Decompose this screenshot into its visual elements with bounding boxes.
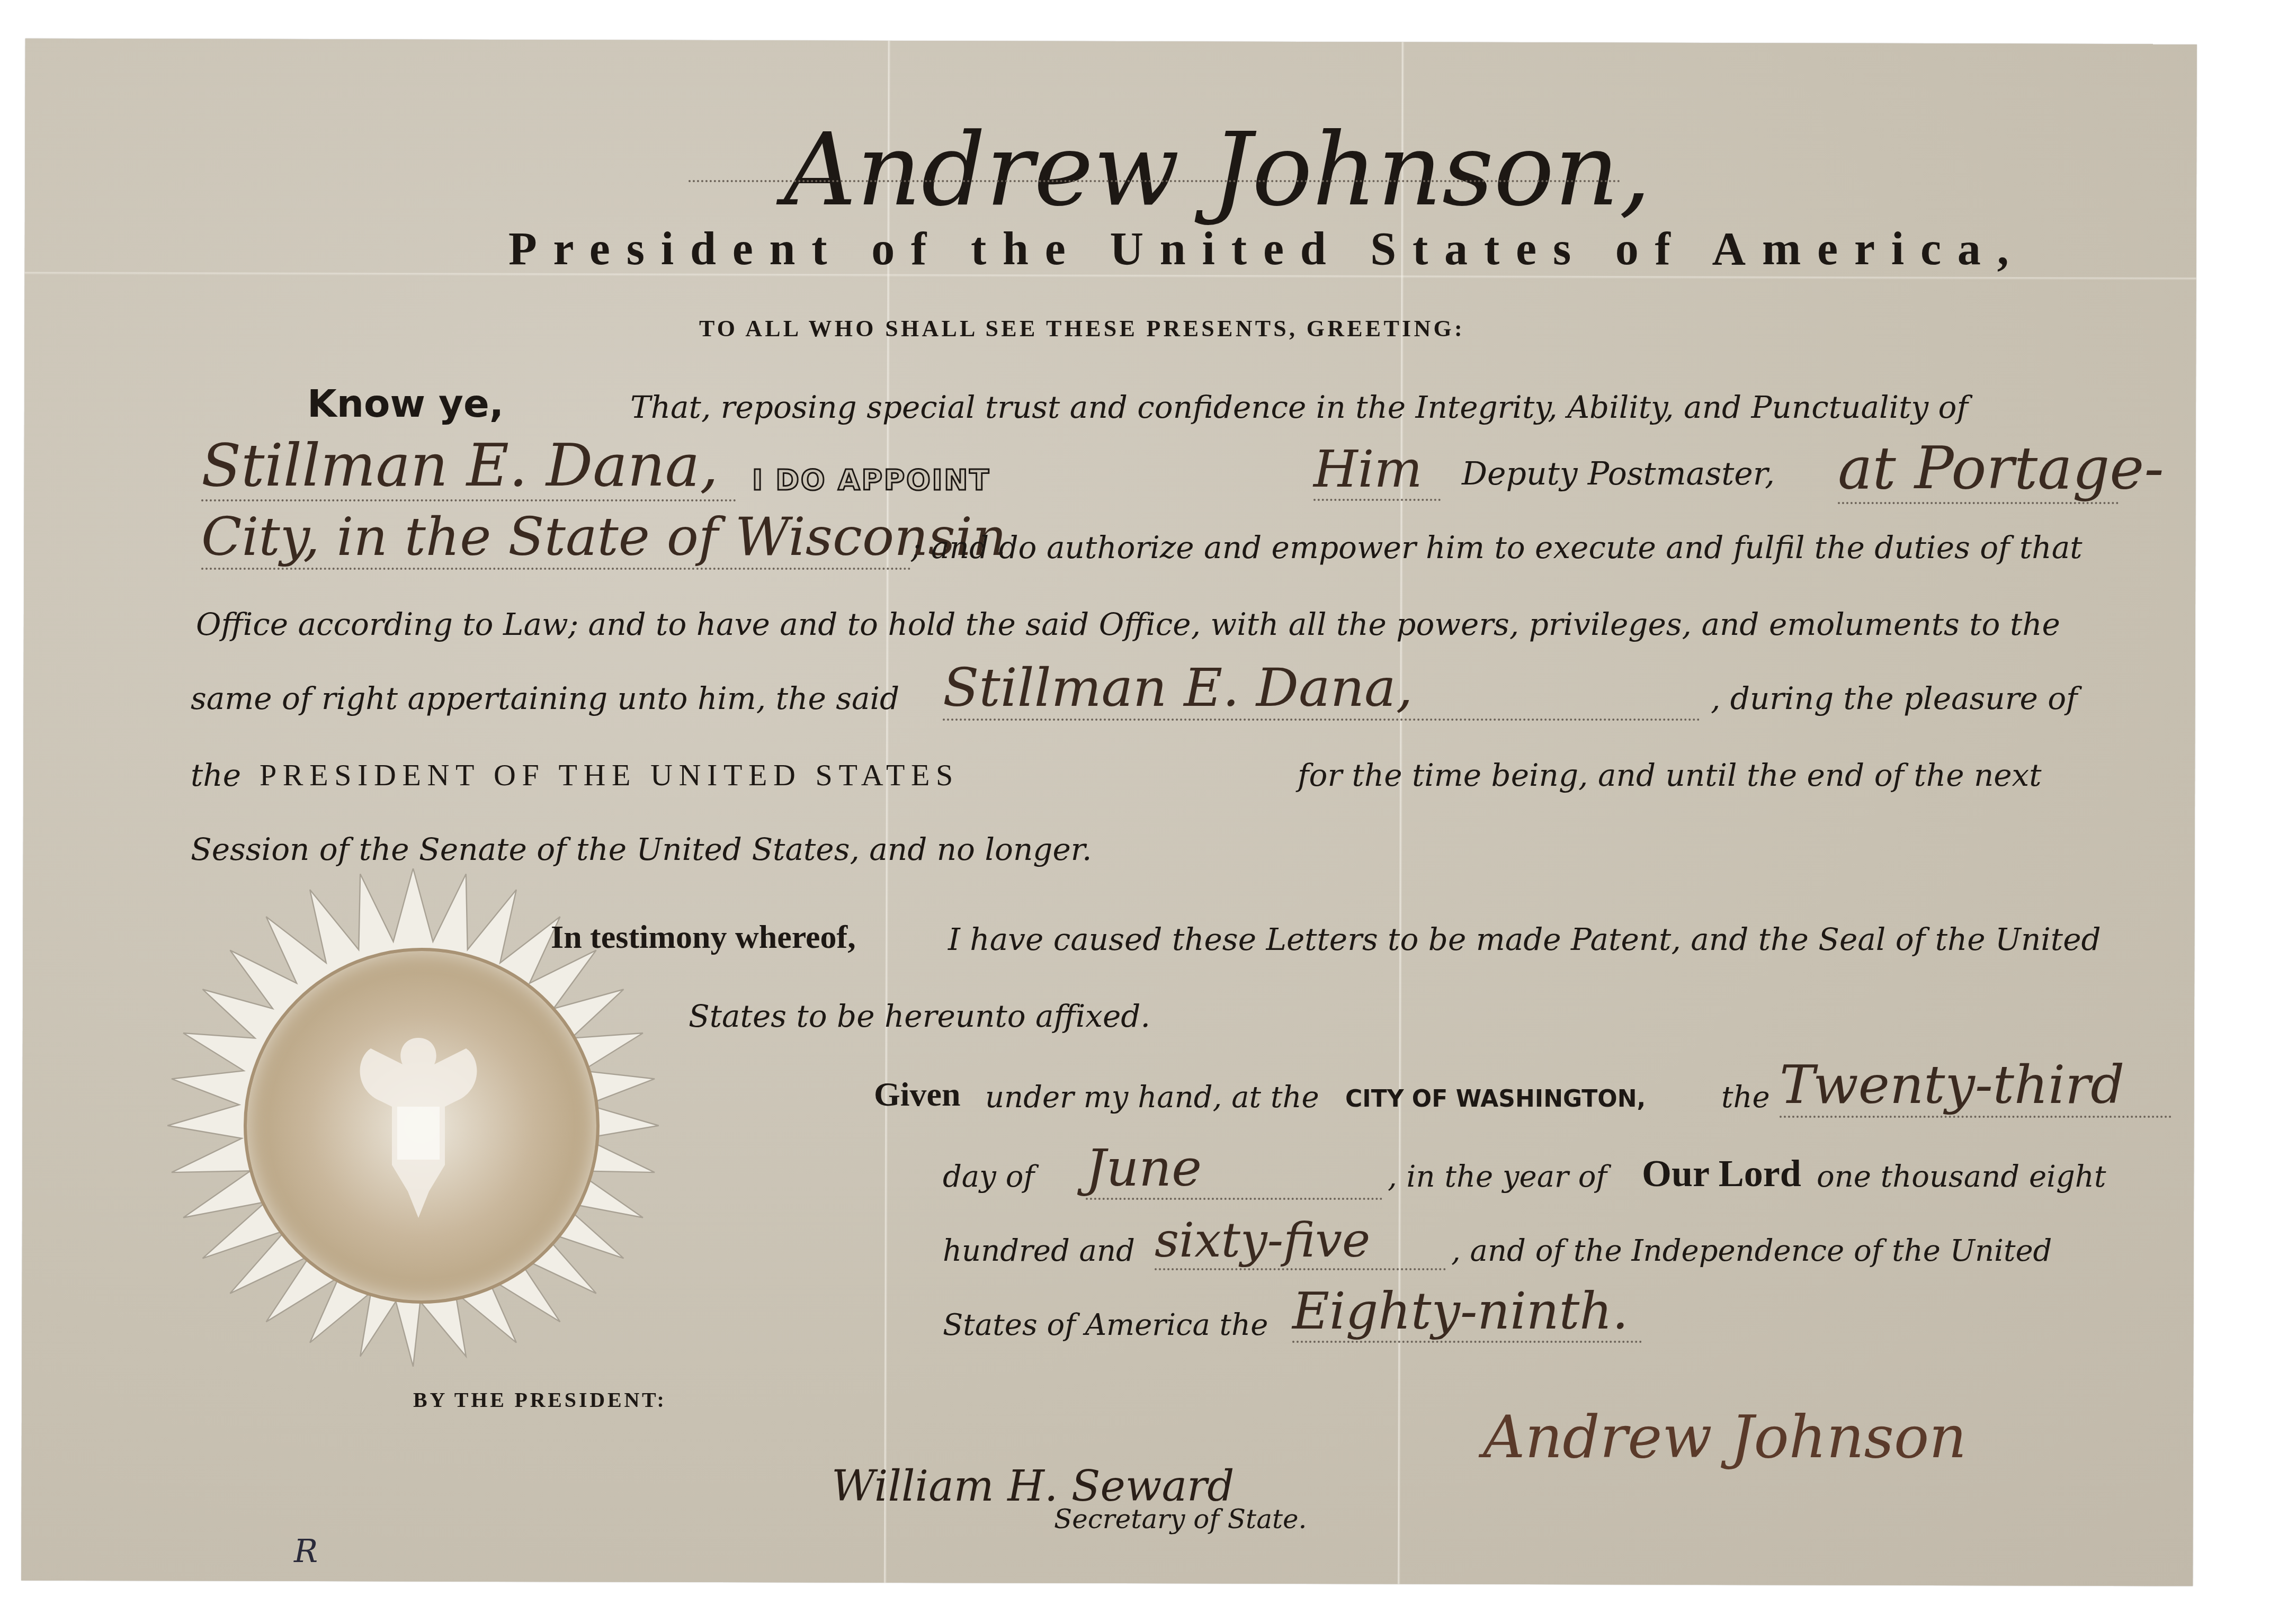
given-line-3-suffix: , and of the Independence of the United bbox=[1451, 1234, 2052, 1268]
location-field-2: City, in the State of Wisconsin bbox=[201, 506, 911, 570]
city-of-washington: CITY OF WASHINGTON, bbox=[1345, 1085, 1646, 1112]
name-underline bbox=[689, 180, 1621, 182]
testimony-lead: In testimony whereof, bbox=[551, 919, 856, 956]
given-line-2-prefix: day of bbox=[943, 1160, 1034, 1194]
appointee-name-repeat-field: Stillman E. Dana, bbox=[943, 657, 1700, 721]
given-line-1-the: the bbox=[1721, 1080, 1770, 1115]
appointee-name-field: Stillman E. Dana, bbox=[201, 432, 736, 501]
position-label: Deputy Postmaster, bbox=[1462, 455, 1775, 492]
by-the-president: BY THE PRESIDENT: bbox=[413, 1387, 667, 1412]
body-line-7: Session of the Senate of the United Stat… bbox=[191, 831, 1092, 867]
our-lord: Our Lord bbox=[1642, 1152, 1801, 1196]
body-line-3: ; and do authorize and empower him to ex… bbox=[911, 530, 2083, 566]
month-field: June bbox=[1086, 1138, 1382, 1200]
president-name-heading: Andrew Johnson, bbox=[784, 111, 1651, 228]
given-lead: Given bbox=[874, 1075, 961, 1114]
body-line-6-prefix: the bbox=[191, 757, 241, 793]
body-line-4: Office according to Law; and to have and… bbox=[196, 606, 2060, 642]
margin-mark: R bbox=[294, 1533, 318, 1570]
president-caps: PRESIDENT OF THE UNITED STATES bbox=[260, 757, 959, 793]
given-line-2-mid: , in the year of bbox=[1388, 1160, 1607, 1194]
given-line-1-mid: under my hand, at the bbox=[985, 1080, 1319, 1115]
given-line-3-prefix: hundred and bbox=[943, 1234, 1135, 1268]
given-line-4-prefix: States of America the bbox=[943, 1308, 1268, 1342]
given-line-2-suffix: one thousand eight bbox=[1817, 1160, 2106, 1194]
president-signature: Andrew Johnson bbox=[1483, 1403, 1967, 1471]
title-line: President of the United States of Americ… bbox=[508, 222, 2025, 276]
body-line-5-suffix: , during the pleasure of bbox=[1711, 680, 2078, 716]
body-line-1: That, reposing special trust and confide… bbox=[630, 389, 1968, 425]
year-field: sixty-five bbox=[1155, 1213, 1446, 1270]
testimony-line-2: States to be hereunto affixed. bbox=[689, 998, 1150, 1034]
know-ye: Know ye, bbox=[307, 381, 504, 426]
secretary-title: Secretary of State. bbox=[1054, 1504, 1307, 1535]
day-field: Twenty-third bbox=[1780, 1054, 2171, 1118]
body-line-6-suffix: for the time being, and until the end of… bbox=[1298, 757, 2042, 793]
body-line-5-prefix: same of right appertaining unto him, the… bbox=[191, 680, 899, 716]
i-do-appoint: I DO APPOINT bbox=[752, 463, 990, 497]
independence-field: Eighty-ninth. bbox=[1292, 1281, 1642, 1343]
pronoun-field: Him bbox=[1313, 439, 1441, 501]
testimony-line-1: I have caused these Letters to be made P… bbox=[948, 921, 2101, 957]
eagle-emblem-icon bbox=[339, 1017, 498, 1228]
location-field-1: at Portage- bbox=[1838, 434, 2119, 504]
greeting: TO ALL WHO SHALL SEE THESE PRESENTS, GRE… bbox=[699, 315, 1465, 342]
